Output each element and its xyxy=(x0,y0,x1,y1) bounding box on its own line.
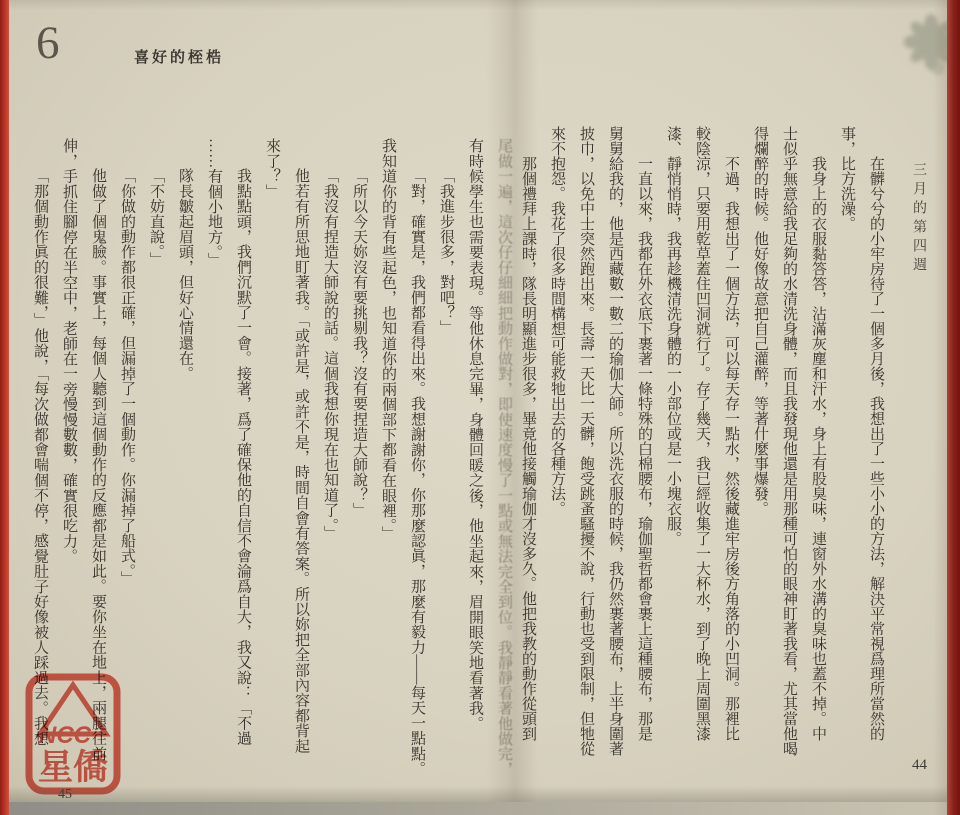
text-column: 士似乎無意給我足夠的水清洗身體，而且我發現他還是用那種可怕的眼神盯著我看，尤其當… xyxy=(774,126,803,778)
stamp-name: 星僑 xyxy=(38,748,108,787)
text-column: 我知道你的背有些起色，也知道你的兩個部下都看在眼裡。」 xyxy=(373,138,402,784)
text-column: 他若有所思地盯著我。「或許是，或許不是，時間自會有答案。所以妳把全部內容都背起 xyxy=(286,138,315,784)
text-column: 我身上的衣服黏答答，沾滿灰塵和汗水，身上有股臭味，連窗外水溝的臭味也蓋不掉。中 xyxy=(803,126,832,778)
text-column: 「對，確實是，我們都看得出來。我想謝謝你，你那麼認眞，那麼有毅力——每天一點點。 xyxy=(402,138,431,784)
scan-top-shadow xyxy=(0,0,960,10)
text-column: 來不抱怨。我花了很多時間構想可能救牠出去的各種方法。 xyxy=(542,126,571,778)
page-number-right: 44 xyxy=(912,757,927,774)
text-column: 「我進步很多，對吧？」 xyxy=(431,138,460,784)
text-column: 「不妨直說。」 xyxy=(141,138,170,784)
text-column: 我點點頭，我們沉默了一會。接著，爲了確保他的自信不會淪爲自大，我又說：「不過 xyxy=(228,138,257,784)
text-column: 事，比方洗澡。 xyxy=(832,126,861,778)
text-column: 披巾，以免中士突然跑出來。長壽一天比一天髒，飽受跳蚤騷擾不說，行動也受到限制，但… xyxy=(571,126,600,778)
book-edge-right xyxy=(947,0,960,815)
text-column: 「所以今天妳沒有要挑剔我？沒有要捏造大師說？」 xyxy=(344,138,373,784)
book-scan: 6 喜好的桎梏 尾做一遍，這次仔仔細細把動作做對，即使速度慢了一點或無法完全到位… xyxy=(0,0,960,815)
chapter-title: 喜好的桎梏 xyxy=(134,46,224,67)
running-head: 三月的第四週 xyxy=(908,162,928,276)
text-column: 漆、靜悄悄時，我再趁機清洗身體的一小部位或是一小塊衣服。 xyxy=(658,126,687,778)
page-edge-shadow xyxy=(933,0,947,815)
book-edge-left xyxy=(0,0,9,815)
text-column: 隊長皺起眉頭，但好心情還在。 xyxy=(170,138,199,784)
text-column: 較陰涼，只要用乾草蓋住凹洞就行了。存了幾天，我已經收集了一大杯水，到了晚上周圍黑… xyxy=(687,126,716,778)
scan-bottom-shadow xyxy=(0,786,960,802)
stamp-letters: NCC xyxy=(39,722,92,749)
text-column: 得爛醉的時候。他好像故意把自己灌醉，等著什麼事爆發。 xyxy=(745,126,774,778)
text-column: 有時候學生也需要表現。等他休息完畢，身體回暖之後，他坐起來，眉開眼笑地看著我。 xyxy=(460,138,489,784)
chapter-number: 6 xyxy=(36,20,60,67)
text-column: 那個禮拜上課時，隊長明顯進步很多，畢竟他接觸瑜伽才沒多久。他把我教的動作從頭到 xyxy=(513,126,542,778)
text-column: 舅舅給我的，他是西藏數一數二的瑜伽大師。所以洗衣服的時候，我仍然裹著腰布，上半身… xyxy=(600,126,629,778)
scan-bottom-edge xyxy=(0,802,960,815)
right-page-text-block: 在髒兮兮的小牢房待了一個多月後，我想出了一些小小的方法，解決平常視爲理所當然的 … xyxy=(513,126,890,778)
text-column: ……有個小地方。」 xyxy=(199,138,228,784)
text-column: 來了？」 xyxy=(257,138,286,784)
text-column: 一直以來，我都在外衣底下裹著一條特殊的白棉腰布，瑜伽聖哲都會裹上這種腰布，那是 xyxy=(629,126,658,778)
text-column: 不過，我想出了一個方法，可以每天存一點水，然後藏進牢房後方角落的小凹洞。那裡比 xyxy=(716,126,745,778)
text-column: 「我沒有捏造大師說的話。這個我想你現在也知道了。」 xyxy=(315,138,344,784)
text-column: 在髒兮兮的小牢房待了一個多月後，我想出了一些小小的方法，解決平常視爲理所當然的 xyxy=(861,126,890,778)
publisher-stamp: NCC 星僑 xyxy=(24,672,122,796)
